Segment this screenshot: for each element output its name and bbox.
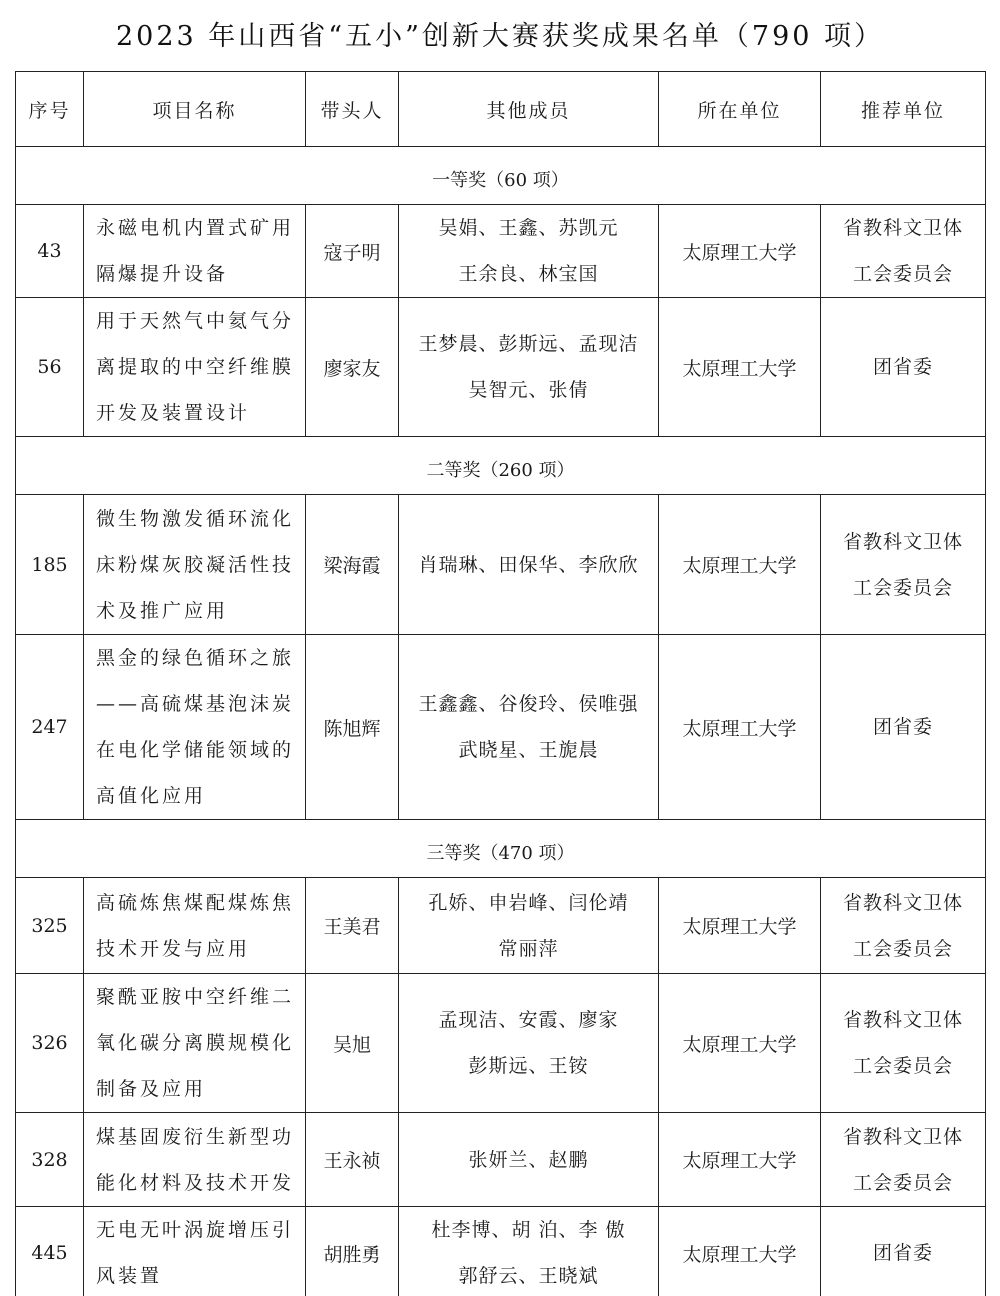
header-unit: 所在单位	[659, 72, 821, 147]
leader-cell: 梁海霞	[306, 495, 399, 635]
project-name-cell: 无电无叶涡旋增压引风装置	[84, 1207, 306, 1296]
cell-line: ——高硫煤基泡沫炭	[96, 681, 299, 727]
cell-line: 工会委员会	[821, 565, 985, 611]
cell-line: 吴娟、王鑫、苏凯元	[399, 205, 658, 251]
project-name-cell: 用于天然气中氦气分离提取的中空纤维膜开发及装置设计	[84, 298, 306, 437]
unit-cell: 太原理工大学	[659, 205, 821, 298]
recommender-cell: 团省委	[821, 1207, 986, 1296]
cell-line: 肖瑞琳、田保华、李欣欣	[399, 542, 658, 588]
cell-line: 微生物激发循环流化	[96, 496, 299, 542]
table-row: 445无电无叶涡旋增压引风装置胡胜勇杜李博、胡 泊、李 傲郭舒云、王晓斌太原理工…	[16, 1207, 986, 1296]
serial-no-cell: 185	[16, 495, 84, 635]
cell-line: 煤基固废衍生新型功	[96, 1114, 299, 1160]
leader-cell: 王永祯	[306, 1113, 399, 1207]
serial-no-cell: 43	[16, 205, 84, 298]
cell-line: 风装置	[96, 1253, 299, 1296]
project-name-cell: 微生物激发循环流化床粉煤灰胶凝活性技术及推广应用	[84, 495, 306, 635]
cell-line: 聚酰亚胺中空纤维二	[96, 974, 299, 1020]
other-members-cell: 孔娇、申岩峰、闫伦靖常丽萍	[399, 878, 659, 974]
table-row: 185微生物激发循环流化床粉煤灰胶凝活性技术及推广应用梁海霞肖瑞琳、田保华、李欣…	[16, 495, 986, 635]
recommender-cell: 省教科文卫体工会委员会	[821, 974, 986, 1113]
cell-line: 武晓星、王旎晨	[399, 727, 658, 773]
cell-line: 杜李博、胡 泊、李 傲	[399, 1207, 658, 1253]
cell-line: 团省委	[821, 1230, 985, 1276]
cell-line: 用于天然气中氦气分	[96, 298, 299, 344]
section-row: 一等奖（60 项）	[16, 147, 986, 205]
unit-cell: 太原理工大学	[659, 635, 821, 820]
header-serial-no: 序号	[16, 72, 84, 147]
cell-line: 床粉煤灰胶凝活性技	[96, 542, 299, 588]
table-row: 43永磁电机内置式矿用隔爆提升设备寇子明吴娟、王鑫、苏凯元王余良、林宝国太原理工…	[16, 205, 986, 298]
cell-line: 黑金的绿色循环之旅	[96, 635, 299, 681]
cell-line: 省教科文卫体	[821, 205, 985, 251]
project-name-cell: 黑金的绿色循环之旅——高硫煤基泡沫炭在电化学储能领域的高值化应用	[84, 635, 306, 820]
cell-line: 工会委员会	[821, 251, 985, 297]
leader-cell: 吴旭	[306, 974, 399, 1113]
header-recommender: 推荐单位	[821, 72, 986, 147]
table-row: 325高硫炼焦煤配煤炼焦技术开发与应用王美君孔娇、申岩峰、闫伦靖常丽萍太原理工大…	[16, 878, 986, 974]
cell-line: 高硫炼焦煤配煤炼焦	[96, 880, 299, 926]
other-members-cell: 王鑫鑫、谷俊玲、侯唯强武晓星、王旎晨	[399, 635, 659, 820]
cell-line: 彭斯远、王铵	[399, 1043, 658, 1089]
award-section-label: 三等奖（470 项）	[16, 820, 986, 878]
project-name-cell: 聚酰亚胺中空纤维二氧化碳分离膜规模化制备及应用	[84, 974, 306, 1113]
serial-no-cell: 247	[16, 635, 84, 820]
unit-cell: 太原理工大学	[659, 878, 821, 974]
unit-cell: 太原理工大学	[659, 1113, 821, 1207]
other-members-cell: 吴娟、王鑫、苏凯元王余良、林宝国	[399, 205, 659, 298]
serial-no-cell: 328	[16, 1113, 84, 1207]
table-row: 326聚酰亚胺中空纤维二氧化碳分离膜规模化制备及应用吴旭孟现洁、安霞、廖家彭斯远…	[16, 974, 986, 1113]
other-members-cell: 王梦晨、彭斯远、孟现洁吴智元、张倩	[399, 298, 659, 437]
leader-cell: 寇子明	[306, 205, 399, 298]
cell-line: 工会委员会	[821, 1043, 985, 1089]
recommender-cell: 省教科文卫体工会委员会	[821, 205, 986, 298]
other-members-cell: 孟现洁、安霞、廖家彭斯远、王铵	[399, 974, 659, 1113]
unit-cell: 太原理工大学	[659, 495, 821, 635]
table-header-row: 序号 项目名称 带头人 其他成员 所在单位 推荐单位	[16, 72, 986, 147]
table-row: 56用于天然气中氦气分离提取的中空纤维膜开发及装置设计廖家友王梦晨、彭斯远、孟现…	[16, 298, 986, 437]
leader-cell: 陈旭辉	[306, 635, 399, 820]
cell-line: 团省委	[821, 344, 985, 390]
serial-no-cell: 325	[16, 878, 84, 974]
section-row: 三等奖（470 项）	[16, 820, 986, 878]
cell-line: 技术开发与应用	[96, 926, 299, 972]
cell-line: 工会委员会	[821, 926, 985, 972]
project-name-cell: 煤基固废衍生新型功能化材料及技术开发	[84, 1113, 306, 1207]
cell-line: 孔娇、申岩峰、闫伦靖	[399, 880, 658, 926]
cell-line: 吴智元、张倩	[399, 367, 658, 413]
project-name-cell: 高硫炼焦煤配煤炼焦技术开发与应用	[84, 878, 306, 974]
award-table: 序号 项目名称 带头人 其他成员 所在单位 推荐单位 一等奖（60 项）43永磁…	[15, 71, 986, 1296]
cell-line: 孟现洁、安霞、廖家	[399, 997, 658, 1043]
cell-line: 常丽萍	[399, 926, 658, 972]
header-project-name: 项目名称	[84, 72, 306, 147]
document-title: 2023 年山西省“五小”创新大赛获奖成果名单（790 项）	[0, 14, 1000, 53]
cell-line: 离提取的中空纤维膜	[96, 344, 299, 390]
unit-cell: 太原理工大学	[659, 1207, 821, 1296]
unit-cell: 太原理工大学	[659, 298, 821, 437]
recommender-cell: 省教科文卫体工会委员会	[821, 1113, 986, 1207]
cell-line: 无电无叶涡旋增压引	[96, 1207, 299, 1253]
section-row: 二等奖（260 项）	[16, 437, 986, 495]
cell-line: 开发及装置设计	[96, 390, 299, 436]
recommender-cell: 省教科文卫体工会委员会	[821, 878, 986, 974]
cell-line: 省教科文卫体	[821, 880, 985, 926]
cell-line: 高值化应用	[96, 773, 299, 819]
cell-line: 在电化学储能领域的	[96, 727, 299, 773]
table-body: 一等奖（60 项）43永磁电机内置式矿用隔爆提升设备寇子明吴娟、王鑫、苏凯元王余…	[16, 147, 986, 1296]
leader-cell: 廖家友	[306, 298, 399, 437]
cell-line: 团省委	[821, 704, 985, 750]
cell-line: 王梦晨、彭斯远、孟现洁	[399, 321, 658, 367]
cell-line: 省教科文卫体	[821, 997, 985, 1043]
cell-line: 王余良、林宝国	[399, 251, 658, 297]
award-section-label: 一等奖（60 项）	[16, 147, 986, 205]
cell-line: 氧化碳分离膜规模化	[96, 1020, 299, 1066]
cell-line: 王鑫鑫、谷俊玲、侯唯强	[399, 681, 658, 727]
leader-cell: 胡胜勇	[306, 1207, 399, 1296]
serial-no-cell: 56	[16, 298, 84, 437]
cell-line: 隔爆提升设备	[96, 251, 299, 297]
header-other-members: 其他成员	[399, 72, 659, 147]
other-members-cell: 肖瑞琳、田保华、李欣欣	[399, 495, 659, 635]
cell-line: 制备及应用	[96, 1066, 299, 1112]
unit-cell: 太原理工大学	[659, 974, 821, 1113]
recommender-cell: 团省委	[821, 635, 986, 820]
recommender-cell: 团省委	[821, 298, 986, 437]
cell-line: 省教科文卫体	[821, 1114, 985, 1160]
cell-line: 工会委员会	[821, 1160, 985, 1206]
project-name-cell: 永磁电机内置式矿用隔爆提升设备	[84, 205, 306, 298]
serial-no-cell: 326	[16, 974, 84, 1113]
cell-line: 张妍兰、赵鹏	[399, 1137, 658, 1183]
cell-line: 永磁电机内置式矿用	[96, 205, 299, 251]
table-row: 328煤基固废衍生新型功能化材料及技术开发王永祯张妍兰、赵鹏太原理工大学省教科文…	[16, 1113, 986, 1207]
cell-line: 省教科文卫体	[821, 519, 985, 565]
cell-line: 术及推广应用	[96, 588, 299, 634]
cell-line: 能化材料及技术开发	[96, 1160, 299, 1206]
other-members-cell: 张妍兰、赵鹏	[399, 1113, 659, 1207]
header-leader: 带头人	[306, 72, 399, 147]
leader-cell: 王美君	[306, 878, 399, 974]
cell-line: 郭舒云、王晓斌	[399, 1253, 658, 1296]
award-section-label: 二等奖（260 项）	[16, 437, 986, 495]
recommender-cell: 省教科文卫体工会委员会	[821, 495, 986, 635]
serial-no-cell: 445	[16, 1207, 84, 1296]
other-members-cell: 杜李博、胡 泊、李 傲郭舒云、王晓斌	[399, 1207, 659, 1296]
table-row: 247黑金的绿色循环之旅——高硫煤基泡沫炭在电化学储能领域的高值化应用陈旭辉王鑫…	[16, 635, 986, 820]
